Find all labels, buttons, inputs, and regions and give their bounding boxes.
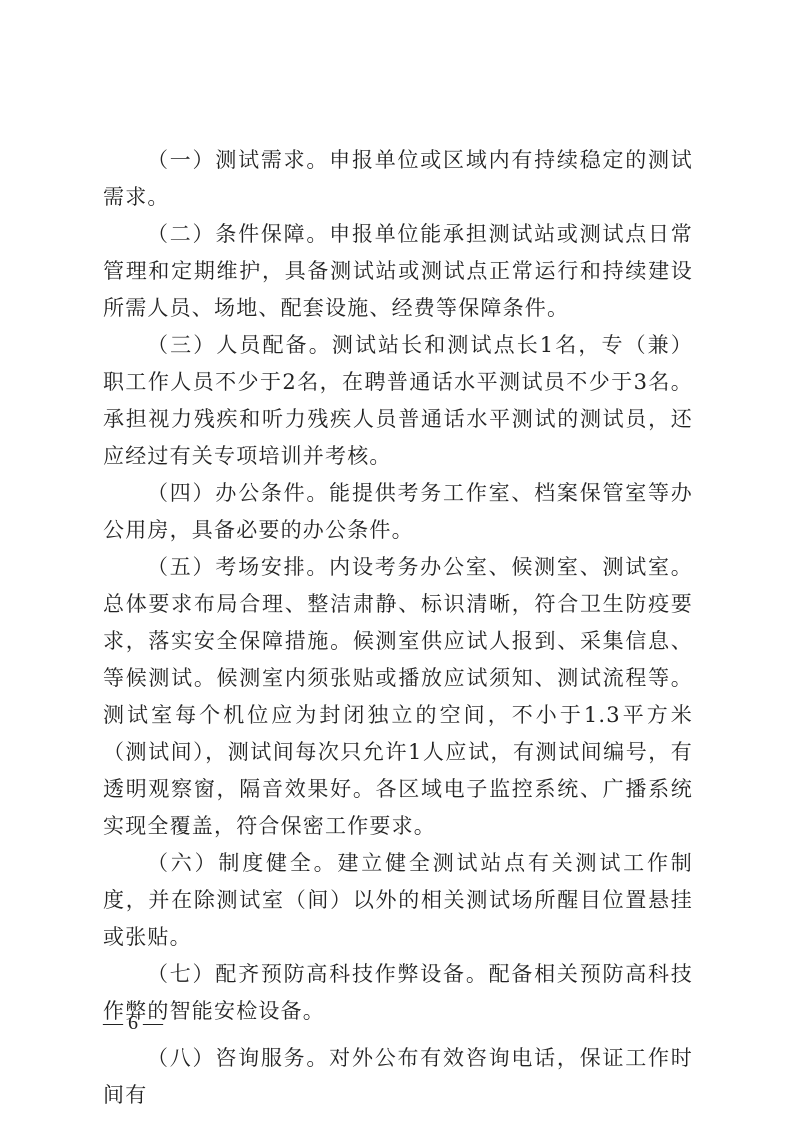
page-number: — 6 — xyxy=(103,1012,163,1035)
paragraph-exam-venue: （五）考场安排。内设考务办公室、候测室、测试室。总体要求布局合理、整洁肃静、标识… xyxy=(103,549,693,845)
paragraph-conditions: （二）条件保障。申报单位能承担测试站或测试点日常管理和定期维护，具备测试站或测试… xyxy=(103,216,693,327)
paragraph-regulations: （六）制度健全。建立健全测试站点有关测试工作制度，并在除测试室（间）以外的相关测… xyxy=(103,845,693,956)
paragraph-office: （四）办公条件。能提供考务工作室、档案保管室等办公用房，具备必要的办公条件。 xyxy=(103,475,693,549)
paragraph-consulting: （八）咨询服务。对外公布有效咨询电话，保证工作时间有 xyxy=(103,1040,693,1114)
document-body: （一）测试需求。申报单位或区域内有持续稳定的测试需求。 （二）条件保障。申报单位… xyxy=(103,142,693,1114)
paragraph-testing-demand: （一）测试需求。申报单位或区域内有持续稳定的测试需求。 xyxy=(103,142,693,216)
paragraph-staffing: （三）人员配备。测试站长和测试点长1名，专（兼）职工作人员不少于2名，在聘普通话… xyxy=(103,327,693,475)
document-page: （一）测试需求。申报单位或区域内有持续稳定的测试需求。 （二）条件保障。申报单位… xyxy=(0,0,793,1122)
paragraph-anti-cheating: （七）配齐预防高科技作弊设备。配备相关预防高科技作弊的智能安检设备。 xyxy=(103,956,693,1030)
